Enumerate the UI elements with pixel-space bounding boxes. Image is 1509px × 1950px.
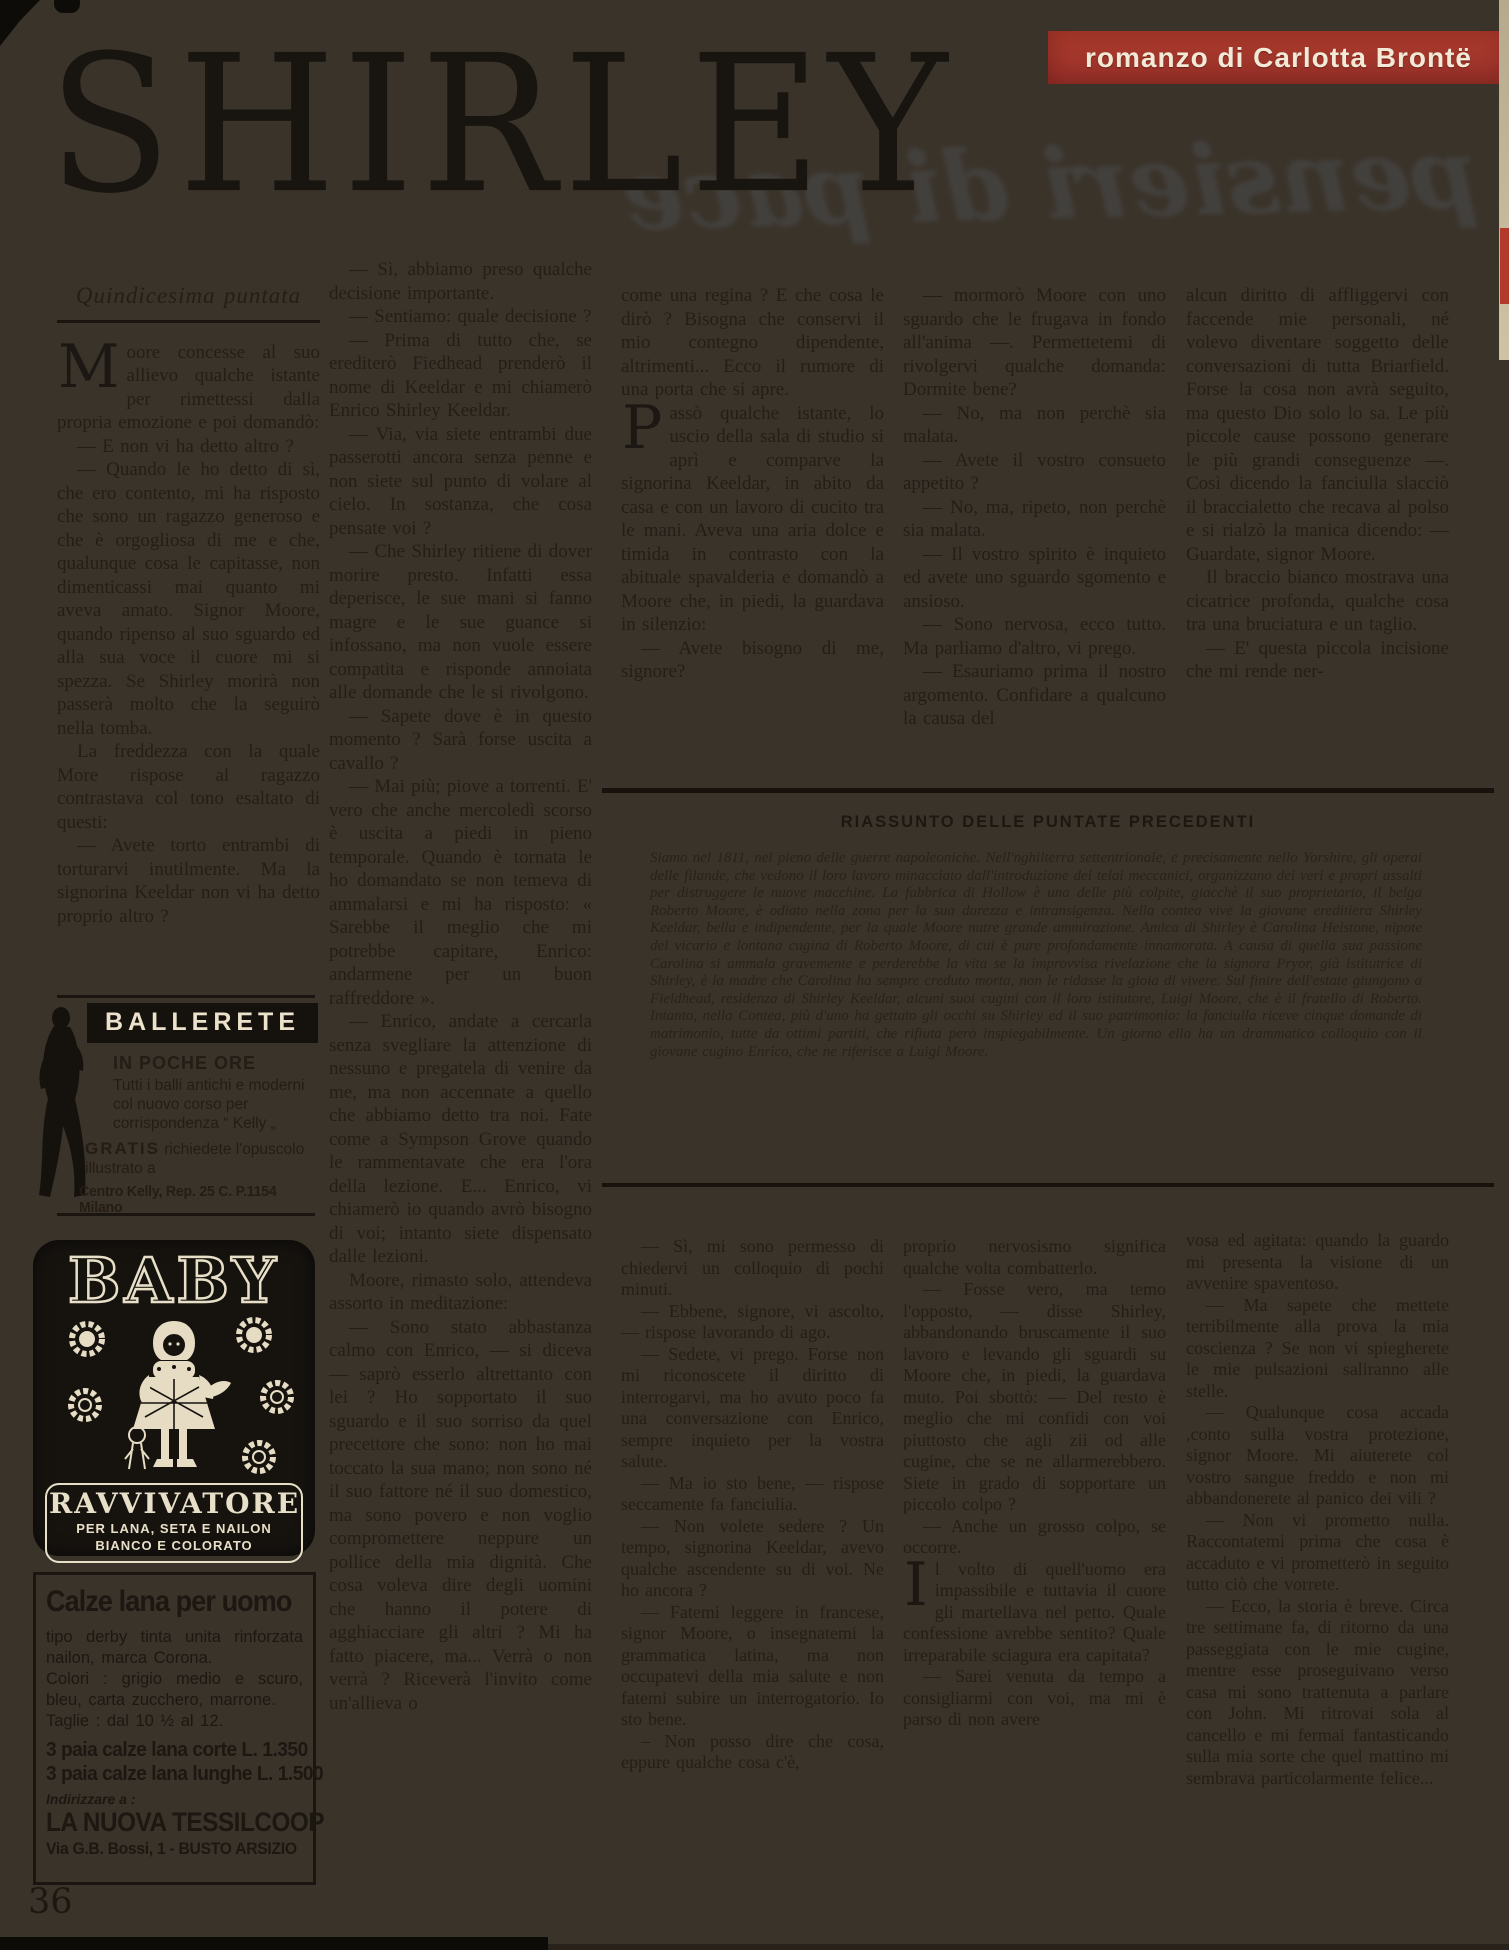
paragraph: Passò qualche istante, lo uscio della sa… — [621, 402, 884, 637]
text-column-1: Quindicesima puntata Moore concesse al s… — [57, 284, 320, 928]
paragraph: — Non volete sedere ? Un tempo, signorin… — [621, 1516, 884, 1602]
paragraph: — Ebbene, signore, vi ascolto, — rispose… — [621, 1301, 884, 1344]
text-column-5: alcun diritto di affliggervi con faccend… — [1186, 284, 1449, 684]
dancing-couple-icon — [31, 1005, 89, 1203]
paragraph: La freddezza con la quale More rispose a… — [57, 740, 320, 834]
text-column-4: — mormorò Moore con uno sguardo che le f… — [903, 284, 1166, 731]
paragraph: — Sedete, vi prego. Forse non mi riconos… — [621, 1344, 884, 1473]
paragraph: — Sì, mi sono permesso di chiedervi un c… — [621, 1236, 884, 1301]
ad-text-line: Colori : grigio medio e scuro, bleu, car… — [46, 1669, 303, 1711]
paragraph: alcun diritto di affliggervi con faccend… — [1186, 284, 1449, 566]
bottom-column-3: vosa ed agitata: quando la guardo mi pre… — [1186, 1230, 1449, 1789]
bottom-column-1: — Sì, mi sono permesso di chiedervi un c… — [621, 1236, 884, 1774]
ad-ballerete-title: BALLERETE — [87, 1003, 318, 1043]
scan-edge-mark — [54, 0, 80, 13]
paragraph: — Prima di tutto che, se erediterò Fiedh… — [329, 329, 592, 423]
paragraph: — Avete torto entrambi di torturarvi inu… — [57, 834, 320, 928]
bottom-column-2: proprio nervosismo significa qualche vol… — [903, 1236, 1166, 1731]
paragraph: Moore, rimasto solo, attendeva assorto i… — [329, 1269, 592, 1316]
paragraph: — Enrico, andate a cercarla senza svegli… — [329, 1010, 592, 1269]
recap-box: RIASSUNTO DELLE PUNTATE PRECEDENTI Siamo… — [602, 788, 1494, 1187]
scan-edge-bottom — [0, 1937, 548, 1950]
ad-text-line: Taglie : dal 10 ½ al 12. — [46, 1711, 303, 1732]
paragraph: — Sono nervosa, ecco tutto. Ma parliamo … — [903, 613, 1166, 660]
paragraph: — Sono stato abbastanza calmo con Enrico… — [329, 1316, 592, 1716]
paragraph: — E non vi ha detto altro ? — [57, 435, 320, 459]
scan-edge-bottom-thin — [548, 1944, 1509, 1950]
paragraph: — Ecco, la storia è breve. Circa tre set… — [1186, 1596, 1449, 1790]
paragraph: — Avete bisogno di me, signore? — [621, 637, 884, 684]
paragraph: – Non posso dire che cosa, eppure qualch… — [621, 1731, 884, 1774]
ad-baby-bottom: RAVVIVATORE PER LANA, SETA E NAILON BIAN… — [45, 1483, 303, 1563]
ad-ballerete-gratis: GRATIS richiedete l'opuscolo illustrato … — [85, 1139, 319, 1178]
paragraph: — Ma io sto bene, — rispose seccamente f… — [621, 1473, 884, 1516]
paragraph: — Il vostro spirito è inquieto ed avete … — [903, 543, 1166, 614]
paragraph: — Sapete dove è in questo momento ? Sarà… — [329, 705, 592, 776]
page-number: 36 — [28, 1882, 73, 1922]
bottom-column-3-body: vosa ed agitata: quando la guardo mi pre… — [1186, 1230, 1449, 1789]
drop-cap: I — [903, 1559, 935, 1609]
paragraph: vosa ed agitata: quando la guardo mi pre… — [1186, 1230, 1449, 1295]
divider-rule — [57, 995, 315, 998]
column-3-body: come una regina ? E che cosa le dirò ? B… — [621, 284, 884, 684]
column-1-body: Moore concesse al suo allievo qualche is… — [57, 341, 320, 929]
heading-rule — [57, 320, 320, 323]
author-banner: romanzo di Carlotta Brontë — [1048, 31, 1509, 84]
ad-calze-address: Via G.B. Bossi, 1 - BUSTO ARSIZIO — [46, 1840, 290, 1859]
ad-baby: BABY — [33, 1240, 315, 1556]
ad-ballerete-text: IN POCHE ORE Tutti i balli antichi e mod… — [113, 1053, 319, 1178]
text-column-2: — Sì, abbiamo preso qualche decisione im… — [329, 258, 592, 1715]
paragraph: Moore concesse al suo allievo qualche is… — [57, 341, 320, 435]
drop-cap: M — [57, 341, 126, 391]
installment-heading: Quindicesima puntata — [57, 284, 320, 308]
paragraph: — No, ma non perchè sia malata. — [903, 402, 1166, 449]
ad-text-line: tipo derby tinta unita rinforzata nailon… — [46, 1627, 303, 1669]
paragraph: — Quando le ho detto di sì, che ero cont… — [57, 458, 320, 740]
scan-edge-right — [1499, 0, 1509, 360]
ad-calze-body: tipo derby tinta unita rinforzata nailon… — [46, 1627, 303, 1732]
paragraph: — Che Shirley ritiene di dover morire pr… — [329, 540, 592, 705]
ad-ballerete-heading: IN POCHE ORE — [113, 1053, 319, 1074]
bottom-column-2-body: proprio nervosismo significa qualche vol… — [903, 1236, 1166, 1731]
paragraph: — mormorò Moore con uno sguardo che le f… — [903, 284, 1166, 402]
paragraph: — Non vi prometto nulla. Raccontatemi pr… — [1186, 1510, 1449, 1596]
ad-baby-sub2: BIANCO E COLORATO — [49, 1537, 299, 1554]
bottom-column-1-body: — Sì, mi sono permesso di chiedervi un c… — [621, 1236, 884, 1774]
paragraph: — Mai più; piove a torrenti. E' vero che… — [329, 775, 592, 1010]
column-2-body: — Sì, abbiamo preso qualche decisione im… — [329, 258, 592, 1715]
recap-text: Siamo nel 1811, nel pieno delle guerre n… — [602, 850, 1494, 1061]
gratis-label: GRATIS — [85, 1139, 160, 1158]
recap-heading: RIASSUNTO DELLE PUNTATE PRECEDENTI — [602, 813, 1494, 832]
ad-ballerete: BALLERETE IN POCHE ORE Tutti i balli ant… — [31, 1003, 318, 1209]
paragraph: — Sarei venuta da tempo a consigliarmi c… — [903, 1666, 1166, 1731]
ad-text-line: 3 paia calze lana corte L. 1.350 — [46, 1738, 285, 1762]
ad-calze-company: LA NUOVA TESSILCOOP — [46, 1807, 277, 1838]
paragraph: — Esauriamo prima il nostro argomento. C… — [903, 660, 1166, 731]
ad-calze: Calze lana per uomo tipo derby tinta uni… — [33, 1572, 316, 1885]
paragraph: — Fatemi leggere in francese, signor Moo… — [621, 1602, 884, 1731]
text-column-3: come una regina ? E che cosa le dirò ? B… — [621, 284, 884, 684]
scan-edge-red-mark — [1500, 228, 1509, 304]
paragraph: — Anche un grosso colpo, se occorre. — [903, 1516, 1166, 1559]
ad-baby-title: BABY — [33, 1244, 315, 1317]
paragraph: come una regina ? E che cosa le dirò ? B… — [621, 284, 884, 402]
ad-calze-prices: 3 paia calze lana corte L. 1.3503 paia c… — [46, 1738, 303, 1786]
paragraph: — Ma sapete che mettete terribilmente al… — [1186, 1295, 1449, 1403]
drop-cap: P — [621, 402, 669, 452]
paragraph: — Qualunque cosa accada ,conto sulla vos… — [1186, 1402, 1449, 1510]
column-4-body: — mormorò Moore con uno sguardo che le f… — [903, 284, 1166, 731]
paragraph: — Fosse vero, ma temo l'opposto, — disse… — [903, 1279, 1166, 1516]
paragraph: Il volto di quell'uomo era impassibile e… — [903, 1559, 1166, 1667]
column-5-body: alcun diritto di affliggervi con faccend… — [1186, 284, 1449, 684]
paragraph: — E' questa piccola incisione che mi ren… — [1186, 637, 1449, 684]
ad-baby-product: RAVVIVATORE — [49, 1487, 299, 1520]
girl-with-doll-illustration — [49, 1317, 299, 1481]
paragraph: — Avete il vostro consueto appetito ? — [903, 449, 1166, 496]
paragraph: — Sì, abbiamo preso qualche decisione im… — [329, 258, 592, 305]
paragraph: — Via, via siete entrambi due passerotti… — [329, 423, 592, 541]
scan-edge-corner — [0, 0, 40, 46]
ad-calze-title: Calze lana per uomo — [46, 1585, 277, 1619]
paragraph: — No, ma, ripeto, non perchè sia malata. — [903, 496, 1166, 543]
ad-ballerete-address: Centro Kelly, Rep. 25 C. P.1154 Milano — [79, 1184, 311, 1216]
page-title: SHIRLEY — [48, 30, 954, 220]
ad-baby-sub1: PER LANA, SETA E NAILON — [49, 1520, 299, 1537]
author-banner-label: romanzo di Carlotta Brontë — [1085, 42, 1472, 74]
paragraph: Il braccio bianco mostrava una cicatrice… — [1186, 566, 1449, 637]
ad-ballerete-body: Tutti i balli antichi e moderni col nuov… — [113, 1076, 319, 1133]
ad-calze-direct: Indirizzare a : — [46, 1791, 303, 1807]
magazine-page: pensieri di pace SHIRLEY romanzo di Carl… — [0, 0, 1509, 1950]
ad-text-line: 3 paia calze lana lunghe L. 1.500 — [46, 1762, 285, 1786]
paragraph: — Sentiamo: quale decisione ? — [329, 305, 592, 329]
paragraph: proprio nervosismo significa qualche vol… — [903, 1236, 1166, 1279]
